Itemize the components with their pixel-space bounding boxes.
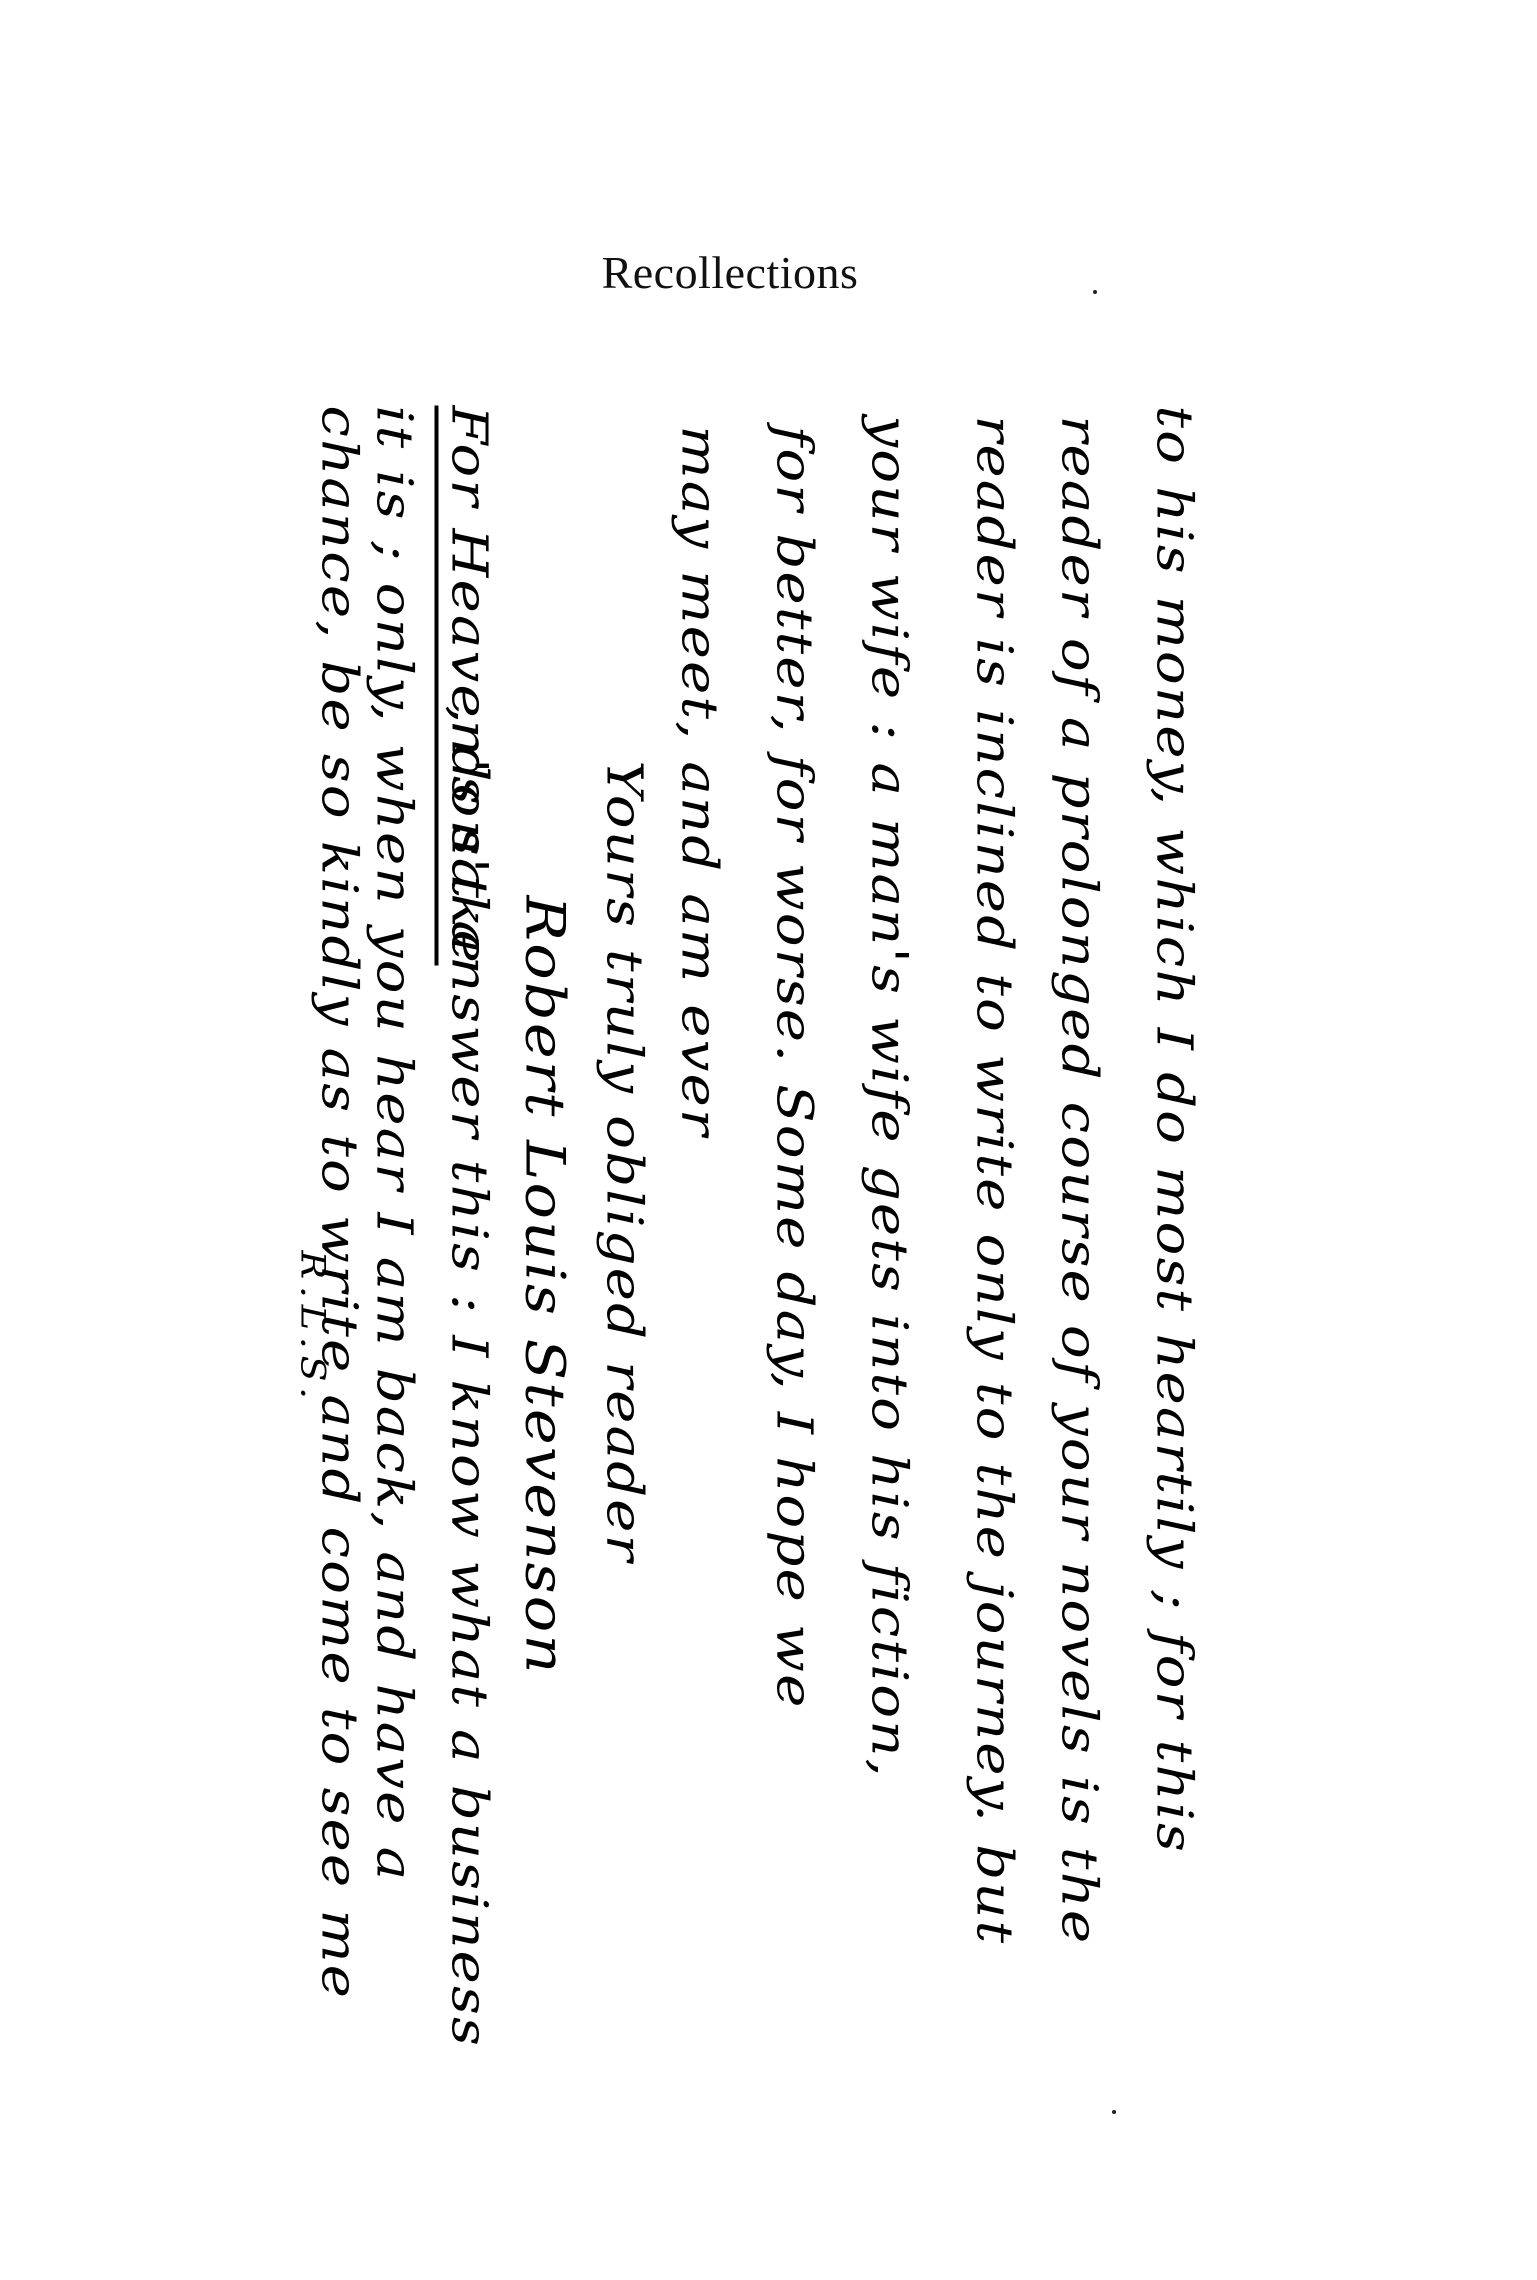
postscript-line-3: chance, be so kindly as to write and com… bbox=[315, 406, 365, 2001]
letter-signature: Robert Louis Stevenson bbox=[518, 896, 572, 1676]
paper-speck bbox=[1112, 2110, 1116, 2114]
letter-line-4: your wife : a man's wife gets into his f… bbox=[865, 416, 915, 1779]
postscript-line-2: it is ; only, when you hear I am back, a… bbox=[370, 406, 420, 1883]
page-title: Recollections bbox=[0, 246, 1460, 299]
letter-line-3: reader is inclined to write only to the … bbox=[970, 416, 1020, 1946]
letter-line-1: to his money, which I do most heartily ;… bbox=[1150, 406, 1200, 1854]
letter-line-2: reader of a prolonged course of your nov… bbox=[1055, 416, 1105, 1946]
paper-speck bbox=[1093, 290, 1097, 294]
handwritten-letter: to his money, which I do most heartily ;… bbox=[315, 396, 1250, 1666]
letter-closing: Yours truly obliged reader bbox=[600, 761, 650, 1564]
postscript-line-1-rest: , don't answer this : I know what a busi… bbox=[445, 706, 495, 2049]
postscript-initials: R.L.S. bbox=[296, 1251, 330, 1406]
letter-line-6: may meet, and am ever bbox=[675, 426, 725, 1139]
book-page: Recollections to his money, which I do m… bbox=[0, 0, 1537, 2280]
letter-line-5: for better, for worse. Some day, I hope … bbox=[770, 426, 820, 1710]
